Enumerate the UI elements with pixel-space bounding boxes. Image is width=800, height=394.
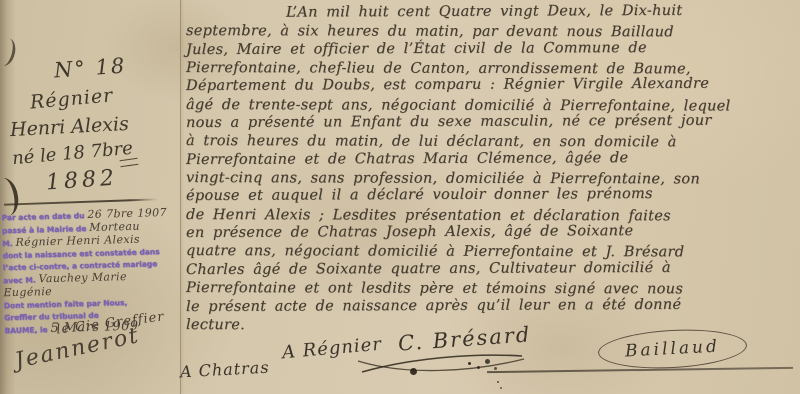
signature-paraph-flourish xyxy=(356,348,526,378)
double-underline-mark xyxy=(120,158,139,167)
act-body-text: L’An mil huit cent Quatre vingt Deux, le… xyxy=(186,5,798,335)
stamp-printed-text: BAUME, le xyxy=(4,325,47,335)
act-text-line: Département du Doubs, est comparu : Régn… xyxy=(186,76,798,97)
pen-separator-line xyxy=(4,198,158,205)
birth-act-scan: N° 18 Régnier Henri Alexis né le 18 7bre… xyxy=(0,0,800,394)
margin-surname: Régnier xyxy=(29,84,114,113)
act-text-line: Pierrefontaine et de Chatras Maria Cléme… xyxy=(186,149,798,170)
stamp-printed-text: avec M. xyxy=(3,275,36,285)
act-text-line: Charles âgé de Soixante quatre ans, Cult… xyxy=(186,259,798,280)
act-text-line: le présent acte de naissance après qu’il… xyxy=(186,296,798,317)
officer-signature-oval-flourish: Baillaud xyxy=(597,326,748,372)
stamp-printed-text: M. xyxy=(2,239,13,248)
act-text-line: épouse et auquel il a déclaré vouloir do… xyxy=(186,186,798,207)
act-text-line: Jules, Maire et officier de l’État civil… xyxy=(186,39,798,60)
ink-splatter-dots xyxy=(468,362,471,365)
act-text-line: en présence de Chatras Joseph Alexis, âg… xyxy=(186,222,798,243)
stamp-handwritten-place: Morteau xyxy=(89,220,140,234)
margin-divider-line xyxy=(180,0,181,394)
act-text-line: nous a présenté un Enfant du sexe mascul… xyxy=(186,112,798,133)
margin-given-names: Henri Alexis xyxy=(10,113,130,141)
margin-birth-year: 1882 xyxy=(45,166,119,196)
signature-officer: Baillaud xyxy=(598,330,747,368)
signature-witness-chatras: A Chatras xyxy=(180,358,270,382)
stamp-handwritten-date: 26 7bre 1907 xyxy=(87,206,167,221)
ink-dot-marks xyxy=(497,381,499,383)
act-text-line: L’An mil huit cent Quatre vingt Deux, le… xyxy=(186,2,798,23)
margin-birth-date: né le 18 7bre xyxy=(11,138,133,169)
stamp-printed-text: Par acte en date du xyxy=(1,211,84,222)
act-number: N° 18 xyxy=(53,54,127,83)
stamp-printed-text: Dont mention faite par Nous, xyxy=(4,298,128,310)
